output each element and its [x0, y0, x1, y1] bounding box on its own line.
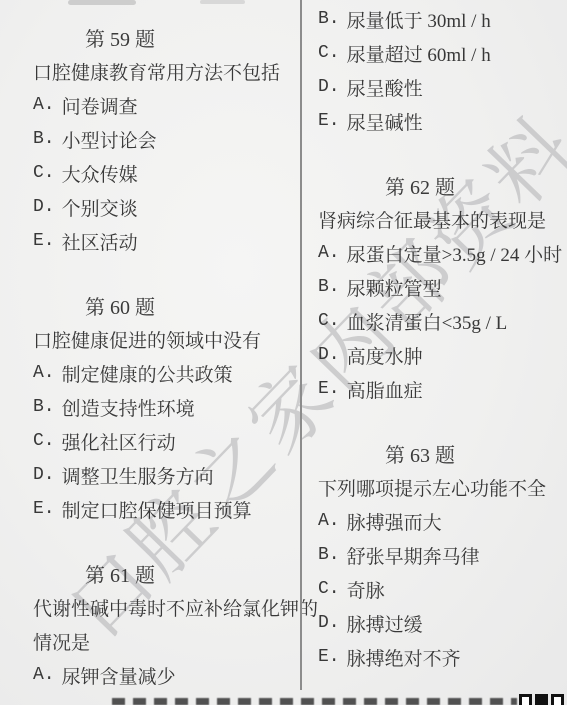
option-label: E.	[318, 647, 340, 667]
cut-off-bottom-text	[112, 698, 517, 705]
question-stem-line1: 代谢性碱中毒时不应补给氯化钾的	[33, 590, 302, 624]
section-gap	[33, 526, 302, 556]
option-text: 尿量低于 30ml / h	[347, 6, 491, 33]
scanned-exam-page: { "watermark": { "text": "口腔之家内部资料" }, "…	[0, 0, 567, 705]
option-row: D. 个别交谈	[33, 190, 302, 224]
option-label: B.	[318, 277, 340, 297]
option-label: B.	[318, 9, 340, 29]
option-text: 尿钾含量减少	[62, 662, 176, 689]
section-gap	[318, 406, 567, 436]
option-row: D. 尿呈酸性	[318, 70, 567, 104]
option-text: 尿蛋白定量>3.5g / 24 小时	[347, 240, 563, 267]
option-text: 尿呈碱性	[347, 108, 423, 135]
question-59-block: 第 59 题 口腔健康教育常用方法不包括 A. 问卷调查 B. 小型讨论会 C.…	[33, 20, 302, 258]
option-label: C.	[318, 579, 340, 599]
question-stem: 肾病综合征最基本的表现是	[318, 202, 567, 236]
question-63-block: 第 63 题 下列哪项提示左心功能不全 A. 脉搏强而大 B. 舒张早期奔马律 …	[318, 436, 567, 674]
option-text: 个别交谈	[62, 194, 138, 221]
option-label: E.	[33, 231, 55, 251]
option-text: 调整卫生服务方向	[62, 462, 214, 489]
option-label: D.	[33, 465, 55, 485]
option-row: B. 尿颗粒管型	[318, 270, 567, 304]
option-label: B.	[318, 545, 340, 565]
option-row: C. 尿量超过 60ml / h	[318, 36, 567, 70]
option-text: 强化社区行动	[62, 428, 176, 455]
option-label: D.	[318, 613, 340, 633]
option-row: B. 舒张早期奔马律	[318, 538, 567, 572]
option-text: 尿呈酸性	[347, 74, 423, 101]
option-text: 尿量超过 60ml / h	[347, 40, 491, 67]
question-number: 第 62 题	[318, 168, 567, 202]
option-row: C. 血浆清蛋白<35g / L	[318, 304, 567, 338]
option-row: A. 尿钾含量减少	[33, 658, 302, 692]
option-row: D. 脉搏过缓	[318, 606, 567, 640]
option-row: D. 调整卫生服务方向	[33, 458, 302, 492]
option-row: A. 脉搏强而大	[318, 504, 567, 538]
option-row: C. 奇脉	[318, 572, 567, 606]
question-60-block: 第 60 题 口腔健康促进的领域中没有 A. 制定健康的公共政策 B. 创造支持…	[33, 288, 302, 526]
left-column: 第 59 题 口腔健康教育常用方法不包括 A. 问卷调查 B. 小型讨论会 C.…	[0, 0, 302, 692]
question-number: 第 63 题	[318, 436, 567, 470]
option-label: B.	[33, 129, 55, 149]
option-text: 脉搏绝对不齐	[347, 644, 461, 671]
option-text: 小型讨论会	[62, 126, 157, 153]
option-text: 制定口腔保健项目预算	[62, 496, 252, 523]
option-text: 高度水肿	[347, 342, 423, 369]
option-text: 舒张早期奔马律	[347, 542, 480, 569]
option-label: C.	[318, 43, 340, 63]
option-row: E. 尿呈碱性	[318, 104, 567, 138]
option-text: 奇脉	[347, 576, 385, 603]
option-label: D.	[33, 197, 55, 217]
option-text: 问卷调查	[62, 92, 138, 119]
question-stem: 下列哪项提示左心功能不全	[318, 470, 567, 504]
section-gap	[318, 138, 567, 168]
option-text: 脉搏过缓	[347, 610, 423, 637]
option-label: C.	[33, 163, 55, 183]
option-label: E.	[318, 379, 340, 399]
option-label: E.	[33, 499, 55, 519]
option-label: C.	[33, 431, 55, 451]
option-label: A.	[33, 665, 55, 685]
section-gap	[33, 258, 302, 288]
option-text: 血浆清蛋白<35g / L	[347, 308, 508, 335]
question-stem-line2: 情况是	[33, 624, 302, 658]
option-text: 脉搏强而大	[347, 508, 442, 535]
option-row: A. 问卷调查	[33, 88, 302, 122]
qr-code-fragment	[519, 694, 567, 705]
option-text: 社区活动	[62, 228, 138, 255]
option-row: A. 制定健康的公共政策	[33, 356, 302, 390]
option-text: 高脂血症	[347, 376, 423, 403]
option-text: 大众传媒	[62, 160, 138, 187]
option-text: 创造支持性环境	[62, 394, 195, 421]
option-row: E. 制定口腔保健项目预算	[33, 492, 302, 526]
option-text: 尿颗粒管型	[347, 274, 442, 301]
question-stem: 口腔健康教育常用方法不包括	[33, 54, 302, 88]
option-row: A. 尿蛋白定量>3.5g / 24 小时	[318, 236, 567, 270]
question-number: 第 60 题	[33, 288, 302, 322]
option-label: D.	[318, 345, 340, 365]
option-label: C.	[318, 311, 340, 331]
option-row: E. 社区活动	[33, 224, 302, 258]
question-stem: 口腔健康促进的领域中没有	[33, 322, 302, 356]
qr-block	[551, 694, 564, 705]
column-divider-line	[300, 0, 302, 690]
qr-block	[535, 694, 548, 705]
option-label: A.	[318, 243, 340, 263]
option-label: A.	[33, 95, 55, 115]
option-row: D. 高度水肿	[318, 338, 567, 372]
option-row: C. 大众传媒	[33, 156, 302, 190]
qr-block	[519, 694, 532, 705]
option-row: B. 创造支持性环境	[33, 390, 302, 424]
question-61-block: 第 61 题 代谢性碱中毒时不应补给氯化钾的 情况是 A. 尿钾含量减少	[33, 556, 302, 692]
option-text: 制定健康的公共政策	[62, 360, 233, 387]
option-label: B.	[33, 397, 55, 417]
option-label: D.	[318, 77, 340, 97]
option-label: A.	[318, 511, 340, 531]
option-row: C. 强化社区行动	[33, 424, 302, 458]
option-label: A.	[33, 363, 55, 383]
question-61-continued-options: B. 尿量低于 30ml / h C. 尿量超过 60ml / h D. 尿呈酸…	[318, 2, 567, 138]
right-column: B. 尿量低于 30ml / h C. 尿量超过 60ml / h D. 尿呈酸…	[302, 0, 567, 674]
question-number: 第 59 题	[33, 20, 302, 54]
question-number: 第 61 题	[33, 556, 302, 590]
question-62-block: 第 62 题 肾病综合征最基本的表现是 A. 尿蛋白定量>3.5g / 24 小…	[318, 168, 567, 406]
option-row: E. 高脂血症	[318, 372, 567, 406]
option-row: B. 尿量低于 30ml / h	[318, 2, 567, 36]
option-label: E.	[318, 111, 340, 131]
option-row: B. 小型讨论会	[33, 122, 302, 156]
option-row: E. 脉搏绝对不齐	[318, 640, 567, 674]
